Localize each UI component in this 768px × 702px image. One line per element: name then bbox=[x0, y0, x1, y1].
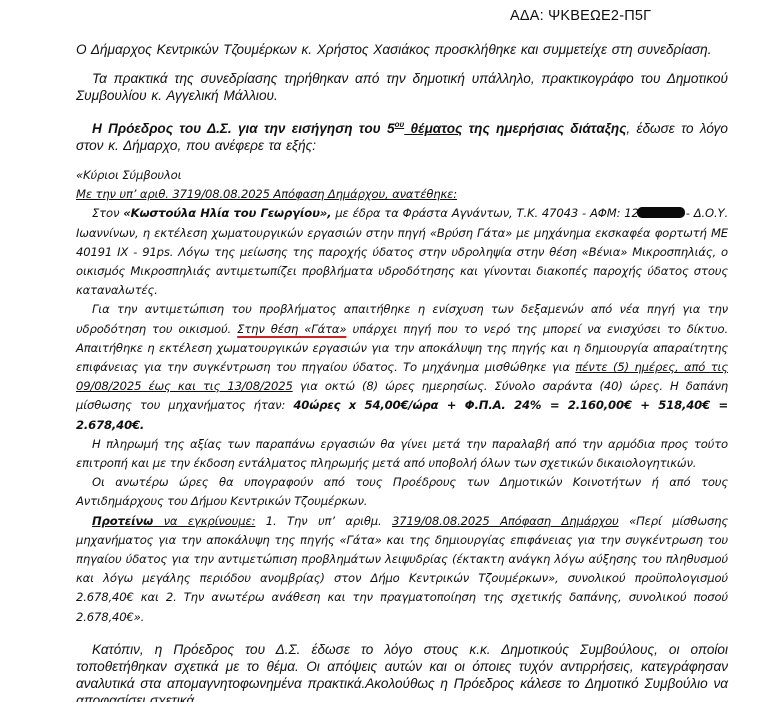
decision-reference: Με την υπ’ αριθ. 3719/08.08.2025 Απόφαση… bbox=[76, 185, 728, 204]
paragraph-payment: Η πληρωμή της αξίας των παραπάνω εργασιώ… bbox=[76, 435, 728, 473]
paragraph-proposal: Προτείνω να εγκρίνουμε: 1. Την υπ’ αριθμ… bbox=[76, 512, 728, 627]
paragraph-contractor: Στον «Κωστούλα Ηλία του Γεωργίου», με έδ… bbox=[76, 204, 728, 300]
redaction-mark bbox=[637, 207, 685, 218]
annotated-location: Στην θέση «Γάτα» bbox=[237, 322, 346, 336]
paragraph-mayor-attendance: Ο Δήμαρχος Κεντρικών Τζουμέρκων κ. Χρήστ… bbox=[76, 41, 728, 58]
agenda-bold-rest: της ημερήσιας διάταξης bbox=[462, 121, 626, 136]
paragraph-agenda-item-intro: Η Πρόεδρος του Δ.Σ. για την εισήγηση του… bbox=[76, 116, 728, 154]
proposal-decision-ref: 3719/08.08.2025 Απόφαση Δημάρχου bbox=[392, 514, 619, 528]
paragraph-hours-signature: Οι ανωτέρω ώρες θα υπογραφούν από τους Π… bbox=[76, 473, 728, 511]
contractor-name: «Κωστούλα Ηλία του Γεωργίου», bbox=[123, 206, 331, 220]
paragraph-minutes-keeper: Τα πρακτικά της συνεδρίασης τηρήθηκαν απ… bbox=[76, 70, 728, 104]
paragraph-problem-solution: Για την αντιμετώπιση του προβλήματος απα… bbox=[76, 300, 728, 434]
proposal-approve: να εγκρίνουμε: bbox=[153, 514, 255, 528]
document-body: Ο Δήμαρχος Κεντρικών Τζουμέρκων κ. Χρήστ… bbox=[76, 41, 728, 702]
paragraph-council-discussion: Κατόπιν, η Πρόεδρος του Δ.Σ. έδωσε το λό… bbox=[76, 641, 728, 702]
ordinal-superscript: ου bbox=[395, 120, 405, 129]
agenda-item-underlined: θέματος bbox=[404, 121, 462, 136]
proposal-keyword: Προτείνω bbox=[92, 514, 153, 528]
mayor-statement-opening: «Κύριοι Σύμβουλοι Με την υπ’ αριθ. 3719/… bbox=[76, 166, 728, 204]
ada-identifier: ΑΔΑ: ΨΚΒΕΩΕ2-Π5Γ bbox=[510, 8, 651, 24]
agenda-intro-bold: Η Πρόεδρος του Δ.Σ. για την εισήγηση του… bbox=[92, 121, 395, 136]
salutation: «Κύριοι Σύμβουλοι bbox=[76, 166, 728, 185]
